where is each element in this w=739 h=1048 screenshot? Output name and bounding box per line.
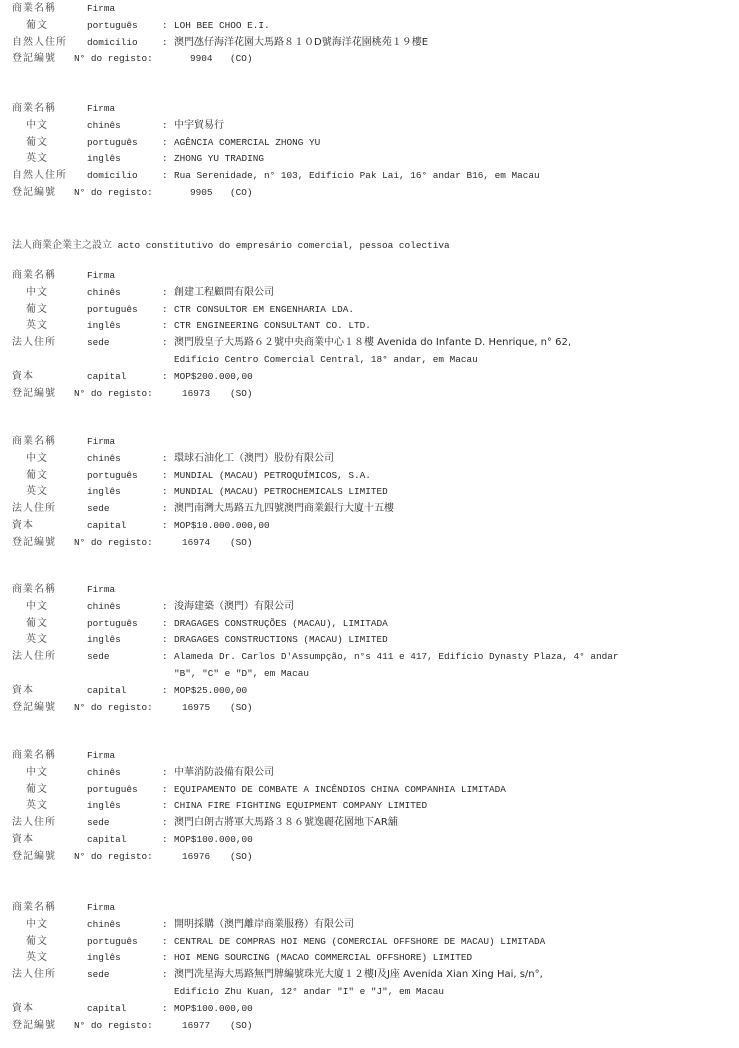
portugues-label-cn: 葡文 (26, 616, 48, 633)
firma-row: 商業名稱 Firma (12, 101, 732, 118)
chines-label-cn: 中文 (26, 118, 48, 135)
sede-row-continued: "B", "C" e "D", em Macau (12, 666, 732, 683)
chines-name-value: 創建工程顧問有限公司 (174, 285, 274, 302)
registo-label-pt: N° do registo: (74, 700, 153, 717)
registo-label-pt: N° do registo: (74, 51, 153, 68)
firma-row: 商業名稱 Firma (12, 1, 732, 18)
colon: : (162, 815, 168, 832)
capital-label-pt: capital (87, 1001, 126, 1018)
colon: : (162, 616, 168, 633)
ingles-row: 英文 inglês : DRAGAGES CONSTRUCTIONS (MACA… (12, 632, 732, 649)
sede-label-cn: 法人住所 (12, 815, 56, 832)
portugues-row: 葡文 português : EQUIPAMENTO DE COMBATE A … (12, 782, 732, 799)
ingles-label-cn: 英文 (26, 318, 48, 335)
colon: : (162, 468, 168, 485)
sede-row-continued: Edifício Centro Comercial Central, 18° a… (12, 352, 732, 369)
portugues-row: 葡文 português : DRAGAGES CONSTRUÇÕES (MAC… (12, 616, 732, 633)
colon: : (162, 484, 168, 501)
capital-row: 資本 capital : MOP$25.000,00 (12, 683, 732, 700)
ingles-label-cn: 英文 (26, 950, 48, 967)
portugues-label-pt: português (87, 616, 138, 633)
firma-label-cn: 商業名稱 (12, 900, 56, 917)
firma-label-cn: 商業名稱 (12, 101, 56, 118)
registo-type: (SO) (230, 535, 253, 552)
colon: : (162, 451, 168, 468)
chines-label-pt: chinês (87, 917, 121, 934)
registo-number: 16973 (182, 386, 210, 403)
sede-label-cn: 法人住所 (12, 649, 56, 666)
registo-row: 登記編號 N° do registo: 16973 (SO) (12, 386, 732, 403)
firma-label-cn: 商業名稱 (12, 582, 56, 599)
ingles-label-pt: inglês (87, 950, 121, 967)
portugues-row: 葡文 português : CTR CONSULTOR EM ENGENHAR… (12, 302, 732, 319)
chines-name-value: 中華消防設備有限公司 (174, 765, 274, 782)
colon: : (162, 599, 168, 616)
firma-label-pt: Firma (87, 1, 115, 18)
portugues-name-value: MUNDIAL (MACAU) PETROQUÍMICOS, S.A. (174, 468, 371, 485)
portugues-label-cn: 葡文 (26, 782, 48, 799)
registo-number: 16977 (182, 1018, 210, 1035)
ingles-name-value: CTR ENGINEERING CONSULTANT CO. LTD. (174, 318, 371, 335)
chines-label-pt: chinês (87, 451, 121, 468)
colon: : (162, 151, 168, 168)
capital-label-cn: 資本 (12, 518, 34, 535)
portugues-label-pt: português (87, 302, 138, 319)
capital-value: MOP$100.000,00 (174, 1001, 253, 1018)
registo-label-cn: 登記編號 (12, 849, 56, 866)
capital-label-cn: 資本 (12, 832, 34, 849)
capital-value: MOP$25.000,00 (174, 683, 247, 700)
chines-label-pt: chinês (87, 285, 121, 302)
chines-name-value: 中宇貿易行 (174, 118, 224, 135)
portugues-row: 葡文 português : LOH BEE CHOO E.I. (12, 18, 732, 35)
registry-entry-16975: 商業名稱 Firma 中文 chinês : 浚海建築（澳門）有限公司 葡文 p… (12, 582, 732, 716)
firma-row: 商業名稱 Firma (12, 748, 732, 765)
sede-row: 法人住所 sede : 澳門冼星海大馬路無門牌編號珠光大廈１２樓I及J座 Ave… (12, 967, 732, 984)
colon: : (162, 318, 168, 335)
capital-row: 資本 capital : MOP$100.000,00 (12, 1001, 732, 1018)
chines-label-pt: chinês (87, 118, 121, 135)
registo-type: (CO) (230, 51, 253, 68)
colon: : (162, 832, 168, 849)
portugues-name-value: DRAGAGES CONSTRUÇÕES (MACAU), LIMITADA (174, 616, 388, 633)
ingles-label-pt: inglês (87, 484, 121, 501)
portugues-name-value: AGÊNCIA COMERCIAL ZHONG YU (174, 135, 320, 152)
sede-label-pt: sede (87, 335, 110, 352)
sede-label-pt: sede (87, 649, 110, 666)
portugues-name-value: CTR CONSULTOR EM ENGENHARIA LDA. (174, 302, 354, 319)
domicilio-value: 澳門氹仔海洋花園大馬路８１０D號海洋花園桃苑１９樓E (174, 35, 428, 52)
chines-row: 中文 chinês : 中宇貿易行 (12, 118, 732, 135)
colon: : (162, 934, 168, 951)
registry-entry-16977: 商業名稱 Firma 中文 chinês : 開明採購（澳門離岸商業服務）有限公… (12, 900, 732, 1034)
capital-label-cn: 資本 (12, 1001, 34, 1018)
section-heading: 法人商業企業主之設立 acto constitutivo do empresár… (12, 237, 450, 254)
capital-label-cn: 資本 (12, 683, 34, 700)
chines-row: 中文 chinês : 環球石油化工（澳門）股份有限公司 (12, 451, 732, 468)
firma-label-pt: Firma (87, 268, 115, 285)
portugues-name-value: CENTRAL DE COMPRAS HOI MENG (COMERCIAL O… (174, 934, 545, 951)
registry-entry-16974: 商業名稱 Firma 中文 chinês : 環球石油化工（澳門）股份有限公司 … (12, 434, 732, 552)
portugues-row: 葡文 português : AGÊNCIA COMERCIAL ZHONG Y… (12, 135, 732, 152)
portugues-label-cn: 葡文 (26, 135, 48, 152)
colon: : (162, 649, 168, 666)
ingles-row: 英文 inglês : ZHONG YU TRADING (12, 151, 732, 168)
sede-value-line1: 澳門冼星海大馬路無門牌編號珠光大廈１２樓I及J座 Avenida Xian Xi… (174, 967, 543, 984)
registry-entry-16973: 商業名稱 Firma 中文 chinês : 創建工程顧問有限公司 葡文 por… (12, 268, 732, 402)
colon: : (162, 518, 168, 535)
registo-type: (SO) (230, 386, 253, 403)
registo-label-cn: 登記編號 (12, 51, 56, 68)
sede-value-line2: Edifício Centro Comercial Central, 18° a… (174, 352, 478, 369)
registo-row: 登記編號 N° do registo: 16975 (SO) (12, 700, 732, 717)
chines-label-cn: 中文 (26, 765, 48, 782)
registo-label-cn: 登記編號 (12, 700, 56, 717)
firma-label-pt: Firma (87, 434, 115, 451)
domicilio-row: 自然人住所 domicílio : Rua Serenidade, n° 103… (12, 168, 732, 185)
registo-row: 登記編號 N° do registo: 9905 (CO) (12, 185, 732, 202)
portugues-label-pt: português (87, 934, 138, 951)
firma-row: 商業名稱 Firma (12, 268, 732, 285)
firma-label-pt: Firma (87, 748, 115, 765)
registo-label-pt: N° do registo: (74, 185, 153, 202)
capital-row: 資本 capital : MOP$200.000,00 (12, 369, 732, 386)
ingles-name-value: CHINA FIRE FIGHTING EQUIPMENT COMPANY LI… (174, 798, 427, 815)
domicilio-label-pt: domicílio (87, 35, 138, 52)
firma-label-cn: 商業名稱 (12, 268, 56, 285)
colon: : (162, 285, 168, 302)
registry-entry-9904: 商業名稱 Firma 葡文 português : LOH BEE CHOO E… (12, 1, 732, 68)
capital-value: MOP$100.000,00 (174, 832, 253, 849)
sede-row: 法人住所 sede : 澳門殷皇子大馬路６２號中央商業中心１８樓 Avenida… (12, 335, 732, 352)
chines-label-pt: chinês (87, 599, 121, 616)
registo-label-pt: N° do registo: (74, 1018, 153, 1035)
capital-label-pt: capital (87, 832, 126, 849)
ingles-row: 英文 inglês : CTR ENGINEERING CONSULTANT C… (12, 318, 732, 335)
registo-type: (CO) (230, 185, 253, 202)
firma-label-pt: Firma (87, 101, 115, 118)
ingles-name-value: MUNDIAL (MACAU) PETROCHEMICALS LIMITED (174, 484, 388, 501)
firma-row: 商業名稱 Firma (12, 582, 732, 599)
colon: : (162, 302, 168, 319)
registo-label-cn: 登記編號 (12, 386, 56, 403)
domicilio-row: 自然人住所 domicílio : 澳門氹仔海洋花園大馬路８１０D號海洋花園桃苑… (12, 35, 732, 52)
registo-label-pt: N° do registo: (74, 849, 153, 866)
sede-value-line2: "B", "C" e "D", em Macau (174, 666, 309, 683)
sede-row: 法人住所 sede : 澳門南灣大馬路五九四號澳門商業銀行大廈十五樓 (12, 501, 732, 518)
colon: : (162, 168, 168, 185)
chines-label-cn: 中文 (26, 451, 48, 468)
domicilio-label-cn: 自然人住所 (12, 35, 67, 52)
portugues-row: 葡文 português : CENTRAL DE COMPRAS HOI ME… (12, 934, 732, 951)
domicilio-value: Rua Serenidade, n° 103, Edifício Pak Lai… (174, 168, 540, 185)
registo-type: (SO) (230, 700, 253, 717)
portugues-label-cn: 葡文 (26, 468, 48, 485)
portugues-label-pt: português (87, 135, 138, 152)
ingles-label-pt: inglês (87, 798, 121, 815)
portugues-label-pt: português (87, 782, 138, 799)
registo-number: 16974 (182, 535, 210, 552)
ingles-row: 英文 inglês : MUNDIAL (MACAU) PETROCHEMICA… (12, 484, 732, 501)
ingles-label-pt: inglês (87, 151, 121, 168)
registo-row: 登記編號 N° do registo: 16976 (SO) (12, 849, 732, 866)
portugues-label-cn: 葡文 (26, 302, 48, 319)
chines-name-value: 開明採購（澳門離岸商業服務）有限公司 (174, 917, 354, 934)
section-heading-pt: acto constitutivo do empresário comercia… (118, 240, 450, 251)
colon: : (162, 369, 168, 386)
capital-label-pt: capital (87, 518, 126, 535)
registo-label-pt: N° do registo: (74, 535, 153, 552)
colon: : (162, 35, 168, 52)
chines-row: 中文 chinês : 開明採購（澳門離岸商業服務）有限公司 (12, 917, 732, 934)
sede-label-pt: sede (87, 967, 110, 984)
sede-label-cn: 法人住所 (12, 501, 56, 518)
colon: : (162, 1001, 168, 1018)
ingles-label-cn: 英文 (26, 484, 48, 501)
sede-label-cn: 法人住所 (12, 335, 56, 352)
colon: : (162, 335, 168, 352)
colon: : (162, 782, 168, 799)
sede-row: 法人住所 sede : Alameda Dr. Carlos D'Assumpç… (12, 649, 732, 666)
chines-row: 中文 chinês : 創建工程顧問有限公司 (12, 285, 732, 302)
registo-number: 16976 (182, 849, 210, 866)
ingles-label-cn: 英文 (26, 151, 48, 168)
registo-label-cn: 登記編號 (12, 185, 56, 202)
portugues-row: 葡文 português : MUNDIAL (MACAU) PETROQUÍM… (12, 468, 732, 485)
section-heading-cn: 法人商業企業主之設立 (12, 240, 112, 251)
colon: : (162, 683, 168, 700)
chines-label-cn: 中文 (26, 285, 48, 302)
ingles-name-value: HOI MENG SOURCING (MACAO COMMERCIAL OFFS… (174, 950, 472, 967)
sede-value-line1: Alameda Dr. Carlos D'Assumpção, n°s 411 … (174, 649, 618, 666)
registo-number: 9905 (190, 185, 213, 202)
colon: : (162, 632, 168, 649)
colon: : (162, 950, 168, 967)
sede-value-line2: Edifício Zhu Kuan, 12° andar "I" e "J", … (174, 984, 444, 1001)
capital-label-pt: capital (87, 369, 126, 386)
colon: : (162, 18, 168, 35)
capital-label-pt: capital (87, 683, 126, 700)
capital-label-cn: 資本 (12, 369, 34, 386)
ingles-label-pt: inglês (87, 318, 121, 335)
ingles-label-cn: 英文 (26, 798, 48, 815)
ingles-label-pt: inglês (87, 632, 121, 649)
registo-type: (SO) (230, 849, 253, 866)
capital-row: 資本 capital : MOP$10.000.000,00 (12, 518, 732, 535)
chines-name-value: 浚海建築（澳門）有限公司 (174, 599, 294, 616)
sede-value-line1: 澳門白朗古將軍大馬路３８６號逸麗花園地下AR舖 (174, 815, 398, 832)
registo-row: 登記編號 N° do registo: 16977 (SO) (12, 1018, 732, 1035)
chines-label-pt: chinês (87, 765, 121, 782)
chines-label-cn: 中文 (26, 599, 48, 616)
sede-row: 法人住所 sede : 澳門白朗古將軍大馬路３８６號逸麗花園地下AR舖 (12, 815, 732, 832)
sede-row-continued: Edifício Zhu Kuan, 12° andar "I" e "J", … (12, 984, 732, 1001)
registry-entry-9905: 商業名稱 Firma 中文 chinês : 中宇貿易行 葡文 portuguê… (12, 101, 732, 202)
firma-label-cn: 商業名稱 (12, 748, 56, 765)
firma-label-cn: 商業名稱 (12, 434, 56, 451)
portugues-label-cn: 葡文 (26, 934, 48, 951)
ingles-row: 英文 inglês : HOI MENG SOURCING (MACAO COM… (12, 950, 732, 967)
registo-label-cn: 登記編號 (12, 1018, 56, 1035)
ingles-name-value: ZHONG YU TRADING (174, 151, 264, 168)
registo-label-cn: 登記編號 (12, 535, 56, 552)
colon: : (162, 765, 168, 782)
colon: : (162, 967, 168, 984)
colon: : (162, 501, 168, 518)
registo-type: (SO) (230, 1018, 253, 1035)
portugues-label-pt: português (87, 468, 138, 485)
firma-label-pt: Firma (87, 900, 115, 917)
capital-value: MOP$10.000.000,00 (174, 518, 270, 535)
registo-number: 16975 (182, 700, 210, 717)
portugues-label-pt: português (87, 18, 138, 35)
sede-label-cn: 法人住所 (12, 967, 56, 984)
colon: : (162, 135, 168, 152)
firma-row: 商業名稱 Firma (12, 434, 732, 451)
sede-label-pt: sede (87, 501, 110, 518)
capital-row: 資本 capital : MOP$100.000,00 (12, 832, 732, 849)
registo-number: 9904 (190, 51, 213, 68)
colon: : (162, 118, 168, 135)
capital-value: MOP$200.000,00 (174, 369, 253, 386)
registry-entry-16976: 商業名稱 Firma 中文 chinês : 中華消防設備有限公司 葡文 por… (12, 748, 732, 866)
registo-row: 登記編號 N° do registo: 9904 (CO) (12, 51, 732, 68)
registo-row: 登記編號 N° do registo: 16974 (SO) (12, 535, 732, 552)
domicilio-label-cn: 自然人住所 (12, 168, 67, 185)
registo-label-pt: N° do registo: (74, 386, 153, 403)
sede-value-line1: 澳門南灣大馬路五九四號澳門商業銀行大廈十五樓 (174, 501, 394, 518)
ingles-label-cn: 英文 (26, 632, 48, 649)
firma-row: 商業名稱 Firma (12, 900, 732, 917)
ingles-name-value: DRAGAGES CONSTRUCTIONS (MACAU) LIMITED (174, 632, 388, 649)
domicilio-label-pt: domicílio (87, 168, 138, 185)
firma-label-pt: Firma (87, 582, 115, 599)
portugues-name-value: EQUIPAMENTO DE COMBATE A INCÊNDIOS CHINA… (174, 782, 506, 799)
firma-label-cn: 商業名稱 (12, 1, 56, 18)
portugues-name-value: LOH BEE CHOO E.I. (174, 18, 270, 35)
chines-row: 中文 chinês : 中華消防設備有限公司 (12, 765, 732, 782)
portugues-label-cn: 葡文 (26, 18, 48, 35)
colon: : (162, 798, 168, 815)
colon: : (162, 917, 168, 934)
sede-value-line1: 澳門殷皇子大馬路６２號中央商業中心１８樓 Avenida do Infante … (174, 335, 571, 352)
ingles-row: 英文 inglês : CHINA FIRE FIGHTING EQUIPMEN… (12, 798, 732, 815)
chines-label-cn: 中文 (26, 917, 48, 934)
chines-row: 中文 chinês : 浚海建築（澳門）有限公司 (12, 599, 732, 616)
sede-label-pt: sede (87, 815, 110, 832)
chines-name-value: 環球石油化工（澳門）股份有限公司 (174, 451, 334, 468)
